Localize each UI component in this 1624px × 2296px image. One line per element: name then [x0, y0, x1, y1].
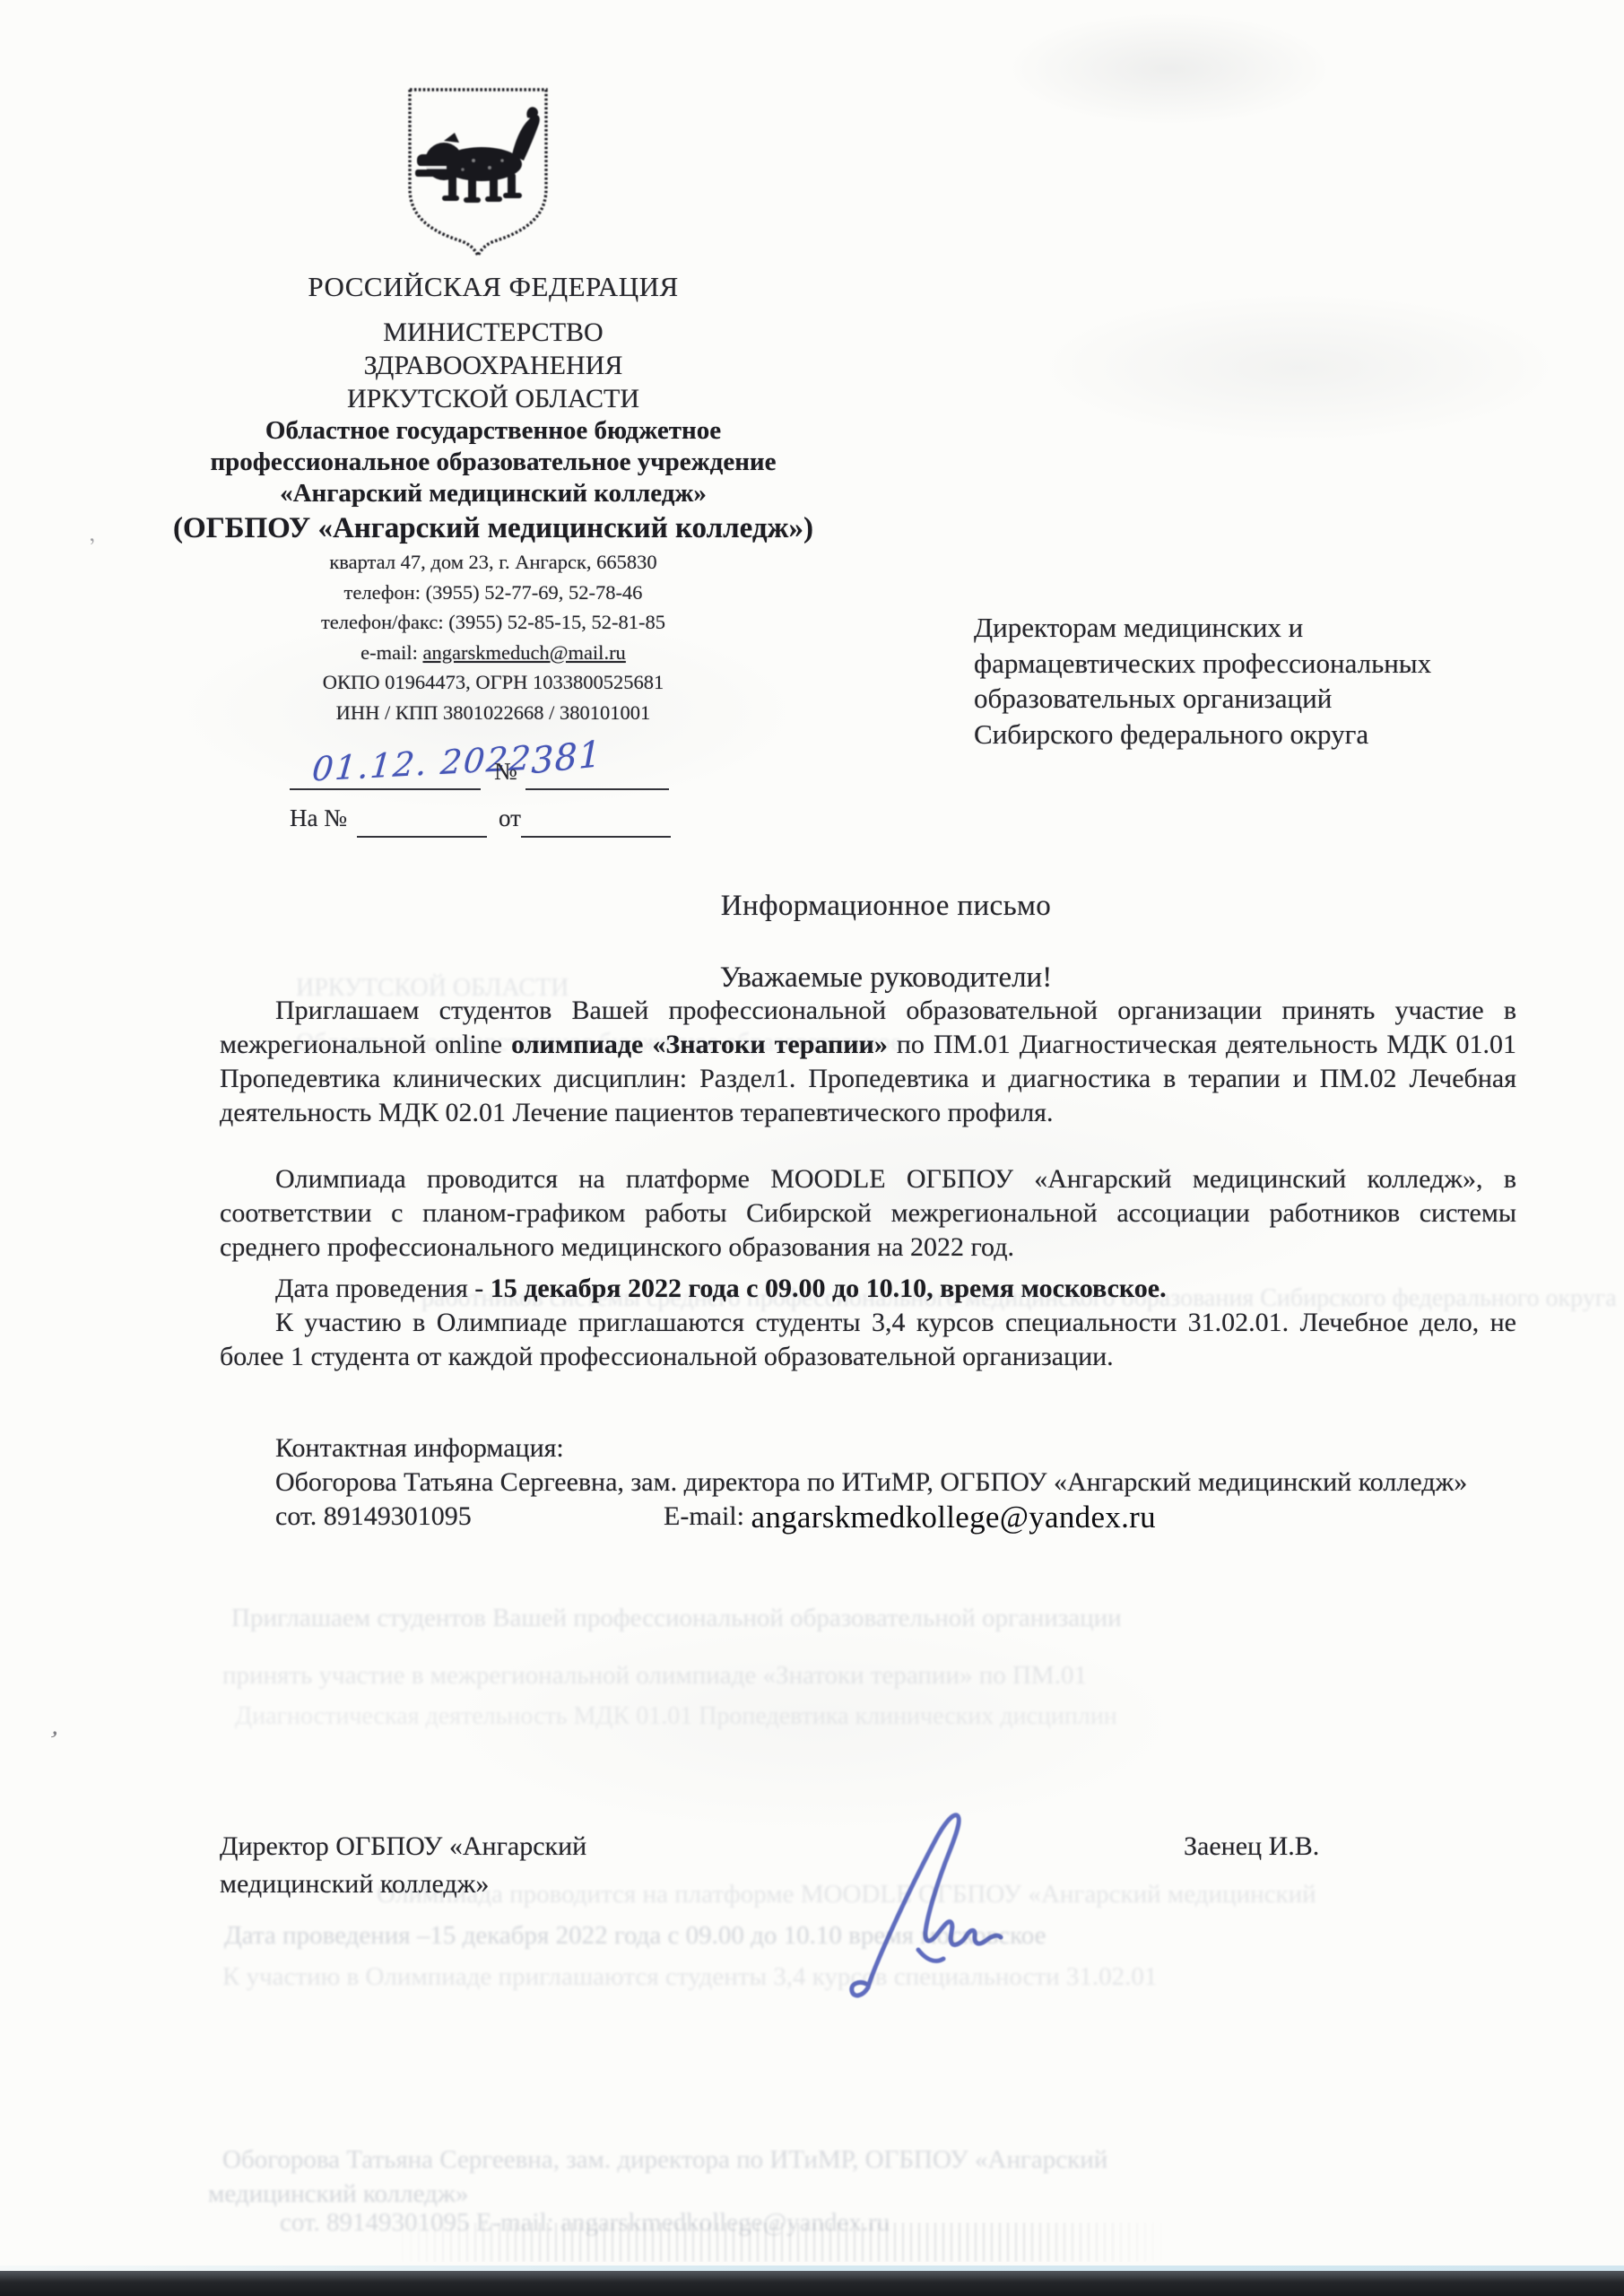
ghost-text: Обогорова Татьяна Сергеевна, зам. директ… [222, 2145, 1107, 2175]
org-name-line: «Ангарский медицинский колледж» [99, 478, 888, 509]
contact-phone-email-line: сот. 89149301095E-mail: angarskmedkolleg… [220, 1500, 1516, 1535]
org-name-line: Областное государственное бюджетное [99, 415, 888, 447]
ministry-line: ЗДРАВООХРАНЕНИЯ [99, 349, 888, 382]
ghost-text: медицинский колледж» [208, 2179, 468, 2209]
ghost-text: ИРКУТСКОЙ ОБЛАСТИ [296, 974, 569, 1003]
ghost-text: Олимпиада проводится на платформе MOODLE… [377, 1880, 1316, 1909]
ghost-text: Областное государственное бюджетное обра… [296, 1029, 902, 1057]
reply-to-number-label: На № [290, 804, 347, 832]
ghost-text: работников системы среднего профессионал… [421, 1284, 1617, 1313]
reply-number-underline [357, 836, 487, 838]
org-email-address: angarskmeduch@mail.ru [423, 641, 626, 664]
org-phone-fax: телефон/факс: (3955) 52-85-15, 52-81-85 [99, 607, 888, 638]
babr-animal-icon [415, 107, 540, 203]
contact-email-address: angarskmedkollege@yandex.ru [751, 1500, 1155, 1535]
org-abbreviation: (ОГБПОУ «Ангарский медицинский колледж») [99, 509, 888, 547]
org-name-line: профессиональное образовательное учрежде… [99, 447, 888, 478]
letterhead: РОССИЙСКАЯ ФЕДЕРАЦИЯ МИНИСТЕРСТВО ЗДРАВО… [99, 269, 888, 727]
recipient-line: Сибирского федерального округа [974, 717, 1512, 752]
ghost-text: Приглашаем студентов Вашей профессиональ… [231, 1604, 1122, 1633]
org-email-line: e-mail: angarskmeduch@mail.ru [99, 638, 888, 668]
recipient-line: образовательных организаций [974, 681, 1512, 717]
reply-date-underline [521, 836, 671, 838]
date-underline [290, 788, 481, 790]
number-sign: № [494, 758, 517, 786]
ghost-text: принять участие в межрегиональной олимпи… [222, 1661, 1087, 1691]
org-address: квартал 47, дом 23, г. Ангарск, 665830 [99, 547, 888, 578]
scan-speck: , [85, 520, 97, 548]
paragraph-participants: К участию в Олимпиаде приглашаются студе… [220, 1306, 1516, 1374]
org-okpo-ogrn: ОКПО 01964473, ОГРН 1033800525681 [99, 667, 888, 698]
document-title: Информационное письмо [220, 890, 1552, 923]
irkutsk-coat-of-arms-icon [402, 83, 554, 259]
ministry-line: ИРКУТСКОЙ ОБЛАСТИ [99, 382, 888, 415]
contact-phone: сот. 89149301095 [275, 1500, 664, 1534]
scan-speck: , [49, 1711, 65, 1743]
contact-email-label: E-mail: [664, 1501, 744, 1531]
scanner-edge-band [0, 2271, 1624, 2296]
ghost-text: К участию в Олимпиаде приглашаются студе… [222, 1962, 1157, 1992]
paragraph-invitation: Приглашаем студентов Вашей профессиональ… [220, 994, 1516, 1130]
org-email-label: e-mail: [360, 641, 422, 664]
recipient-block: Директорам медицинских и фармацевтически… [974, 610, 1512, 752]
org-phone: телефон: (3955) 52-77-69, 52-78-46 [99, 578, 888, 608]
scanned-letter-page: РОССИЙСКАЯ ФЕДЕРАЦИЯ МИНИСТЕРСТВО ЗДРАВО… [0, 0, 1624, 2296]
reply-from-label: от [499, 804, 521, 832]
ghost-text: Диагностическая деятельность МДК 01.01 П… [235, 1702, 1117, 1731]
signer-name: Заенец И.В. [1184, 1828, 1319, 1865]
ghost-text: Дата проведения –15 декабря 2022 года с … [224, 1921, 1046, 1951]
handwritten-doc-number: 381 [531, 734, 602, 783]
ministry-line: МИНИСТЕРСТВО [99, 316, 888, 349]
paragraph-platform: Олимпиада проводится на платформе MOODLE… [220, 1162, 1516, 1265]
country-name: РОССИЙСКАЯ ФЕДЕРАЦИЯ [99, 269, 888, 305]
recipient-line: фармацевтических профессиональных [974, 646, 1512, 682]
letter-body: Приглашаем студентов Вашей профессиональ… [220, 994, 1516, 1535]
contact-person: Обогорова Татьяна Сергеевна, зам. директ… [220, 1465, 1516, 1500]
contact-heading: Контактная информация: [220, 1431, 1516, 1465]
org-inn-kpp: ИНН / КПП 3801022668 / 380101001 [99, 698, 888, 728]
number-underline [525, 788, 669, 790]
recipient-line: Директорам медицинских и [974, 610, 1512, 646]
scan-noise-streaks [386, 2222, 1175, 2262]
